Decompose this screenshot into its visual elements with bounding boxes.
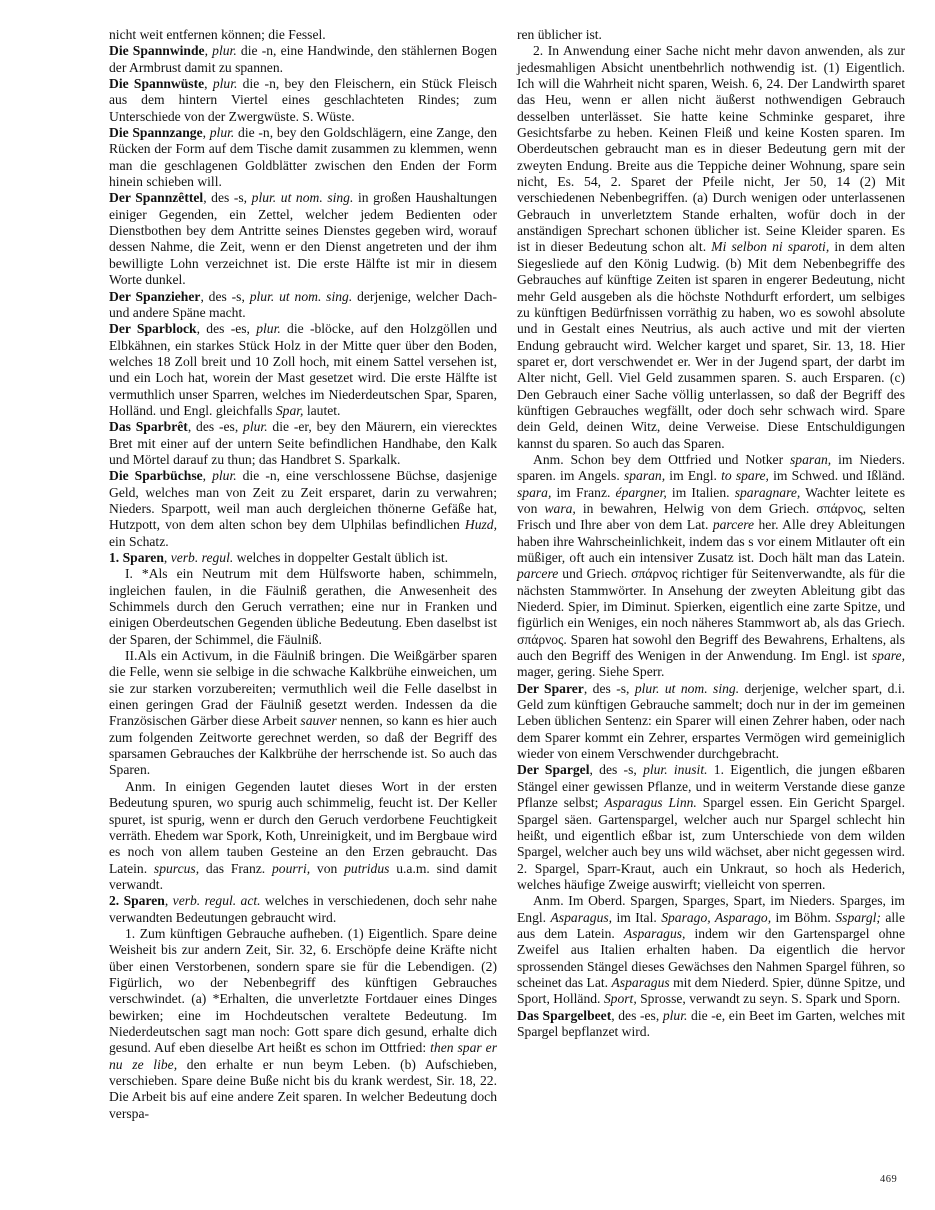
text: 2. In Anwendung einer Sache nicht mehr d… bbox=[517, 43, 905, 254]
italic-term: plur. bbox=[212, 43, 237, 58]
page-number: 469 bbox=[880, 1172, 897, 1188]
headword: Die Sparbüchse bbox=[109, 468, 203, 483]
paragraph: nicht weit entfernen können; die Fessel. bbox=[109, 27, 497, 43]
text: , des -es, bbox=[197, 321, 257, 336]
text: , des -es, bbox=[188, 419, 243, 434]
headword: Die Spannwinde bbox=[109, 43, 205, 58]
text: von bbox=[310, 861, 344, 876]
italic-term: Huzd, bbox=[465, 517, 497, 532]
italic-term: Asparagus Linn. bbox=[604, 795, 696, 810]
italic-term: sparan, bbox=[624, 468, 665, 483]
dictionary-entry: Der Spannzêttel, des -s, plur. ut nom. s… bbox=[109, 190, 497, 288]
headword: Der Spargel bbox=[517, 762, 589, 777]
dictionary-entry: Die Spannwüste, plur. die -n, bey den Fl… bbox=[109, 76, 497, 125]
dictionary-entry: Der Spanzieher, des -s, plur. ut nom. si… bbox=[109, 289, 497, 322]
text: , bbox=[203, 468, 212, 483]
text: , bbox=[164, 550, 171, 565]
text: mager, gering. Siehe Sperr. bbox=[517, 664, 664, 679]
italic-term: wara, bbox=[544, 501, 575, 516]
text: ren üblicher ist. bbox=[517, 27, 602, 42]
paragraph: II.Als ein Activum, in die Fäulniß bring… bbox=[109, 648, 497, 779]
italic-term: plur. ut nom. sing. bbox=[635, 681, 739, 696]
headword: 2. Sparen bbox=[109, 893, 165, 908]
italic-term: plur. bbox=[256, 321, 281, 336]
dictionary-entry: Die Sparbüchse, plur. die -n, eine versc… bbox=[109, 468, 497, 550]
text: im Ital. bbox=[612, 910, 661, 925]
paragraph: 1. Zum künftigen Gebrauche aufheben. (1)… bbox=[109, 926, 497, 1122]
paragraph: Anm. Schon bey dem Ottfried und Notker s… bbox=[517, 452, 905, 681]
italic-term: pourri, bbox=[272, 861, 310, 876]
italic-term: Asparagus, bbox=[624, 926, 686, 941]
left-column: nicht weit entfernen können; die Fessel.… bbox=[109, 27, 497, 1122]
paragraph: 2. In Anwendung einer Sache nicht mehr d… bbox=[517, 43, 905, 452]
headword: Der Spannzêttel bbox=[109, 190, 203, 205]
italic-term: plur. bbox=[663, 1008, 688, 1023]
dictionary-entry: Das Sparbrêt, des -es, plur. die -er, be… bbox=[109, 419, 497, 468]
dictionary-entry: 1. Sparen, verb. regul. welches in doppe… bbox=[109, 550, 497, 566]
paragraph: Anm. In einigen Gegenden lautet dieses W… bbox=[109, 779, 497, 893]
italic-term: putridus bbox=[344, 861, 389, 876]
text: , des -s, bbox=[200, 289, 249, 304]
headword: Der Spanzieher bbox=[109, 289, 200, 304]
paragraph: ren üblicher ist. bbox=[517, 27, 905, 43]
italic-term: Spar, bbox=[276, 403, 304, 418]
right-column: ren üblicher ist.2. In Anwendung einer S… bbox=[517, 27, 905, 1040]
italic-term: verb. regul. act. bbox=[173, 893, 261, 908]
italic-term: sparagnare, bbox=[735, 485, 801, 500]
text: , des -s, bbox=[589, 762, 643, 777]
text: ein Schatz. bbox=[109, 534, 169, 549]
italic-term: plur. bbox=[212, 468, 237, 483]
italic-term: spare, bbox=[872, 648, 905, 663]
dictionary-entry: Der Spargel, des -s, plur. inusit. 1. Ei… bbox=[517, 762, 905, 893]
text: nicht weit entfernen können; die Fessel. bbox=[109, 27, 326, 42]
italic-term: spurcus, bbox=[154, 861, 199, 876]
italic-term: Asparagus, bbox=[551, 910, 613, 925]
text: , des -s, bbox=[203, 190, 251, 205]
text: im Böhm. bbox=[771, 910, 835, 925]
italic-term: Asparagus bbox=[612, 975, 670, 990]
italic-term: parcere bbox=[517, 566, 558, 581]
dictionary-entry: Die Spannzange, plur. die -n, bey den Go… bbox=[109, 125, 497, 190]
headword: 1. Sparen bbox=[109, 550, 164, 565]
text: 1. Zum künftigen Gebrauche aufheben. (1)… bbox=[109, 926, 497, 1055]
italic-term: Sparago, Asparago, bbox=[661, 910, 771, 925]
headword: Das Sparbrêt bbox=[109, 419, 188, 434]
dictionary-entry: Der Sparer, des -s, plur. ut nom. sing. … bbox=[517, 681, 905, 763]
headword: Das Spargelbeet bbox=[517, 1008, 611, 1023]
text: im Engl. bbox=[665, 468, 721, 483]
italic-term: plur. bbox=[210, 125, 235, 140]
italic-term: sauver bbox=[300, 713, 336, 728]
text: , bbox=[165, 893, 173, 908]
text: I. *Als ein Neutrum mit dem Hülfsworte h… bbox=[109, 566, 497, 646]
text: im Italien. bbox=[667, 485, 735, 500]
italic-term: plur. ut nom. sing. bbox=[252, 190, 354, 205]
italic-term: Sspargl; bbox=[835, 910, 881, 925]
dictionary-entry: Der Sparblock, des -es, plur. die -blöck… bbox=[109, 321, 497, 419]
dictionary-page: nicht weit entfernen können; die Fessel.… bbox=[0, 0, 935, 1210]
paragraph: Anm. Im Oberd. Spargen, Sparges, Spart, … bbox=[517, 893, 905, 1007]
text: im Franz. bbox=[551, 485, 615, 500]
text: das Franz. bbox=[199, 861, 272, 876]
text: und Griech. σπάρνος richtiger für Seiten… bbox=[517, 566, 905, 663]
text: lautet. bbox=[303, 403, 340, 418]
italic-term: plur. bbox=[213, 76, 238, 91]
text: Anm. Schon bey dem Ottfried und Notker bbox=[533, 452, 790, 467]
paragraph: I. *Als ein Neutrum mit dem Hülfsworte h… bbox=[109, 566, 497, 648]
italic-term: verb. regul. bbox=[171, 550, 234, 565]
text: im Schwed. und Ißländ. bbox=[769, 468, 905, 483]
headword: Die Spannzange bbox=[109, 125, 203, 140]
text: , des -es, bbox=[611, 1008, 663, 1023]
italic-term: plur. inusit. bbox=[643, 762, 707, 777]
headword: Die Spannwüste bbox=[109, 76, 204, 91]
italic-term: sparan, bbox=[790, 452, 831, 467]
dictionary-entry: 2. Sparen, verb. regul. act. welches in … bbox=[109, 893, 497, 926]
text: in dem alten Siegesliede auf den König L… bbox=[517, 239, 905, 450]
text: , bbox=[204, 76, 213, 91]
headword: Der Sparer bbox=[517, 681, 584, 696]
dictionary-entry: Die Spannwinde, plur. die -n, eine Handw… bbox=[109, 43, 497, 76]
headword: Der Sparblock bbox=[109, 321, 197, 336]
text: , bbox=[203, 125, 210, 140]
italic-term: to spare, bbox=[721, 468, 769, 483]
italic-term: spara, bbox=[517, 485, 551, 500]
text: , des -s, bbox=[584, 681, 635, 696]
italic-term: Sport, bbox=[604, 991, 637, 1006]
text: Sprosse, verwandt zu seyn. S. Spark und … bbox=[637, 991, 901, 1006]
italic-term: épargner, bbox=[616, 485, 667, 500]
text: welches in doppelter Gestalt üblich ist. bbox=[233, 550, 448, 565]
italic-term: parcere bbox=[713, 517, 754, 532]
italic-term: plur. ut nom. sing. bbox=[250, 289, 353, 304]
italic-term: plur. bbox=[243, 419, 268, 434]
italic-term: Mi selbon ni sparoti, bbox=[711, 239, 829, 254]
dictionary-entry: Das Spargelbeet, des -es, plur. die -e, … bbox=[517, 1008, 905, 1041]
